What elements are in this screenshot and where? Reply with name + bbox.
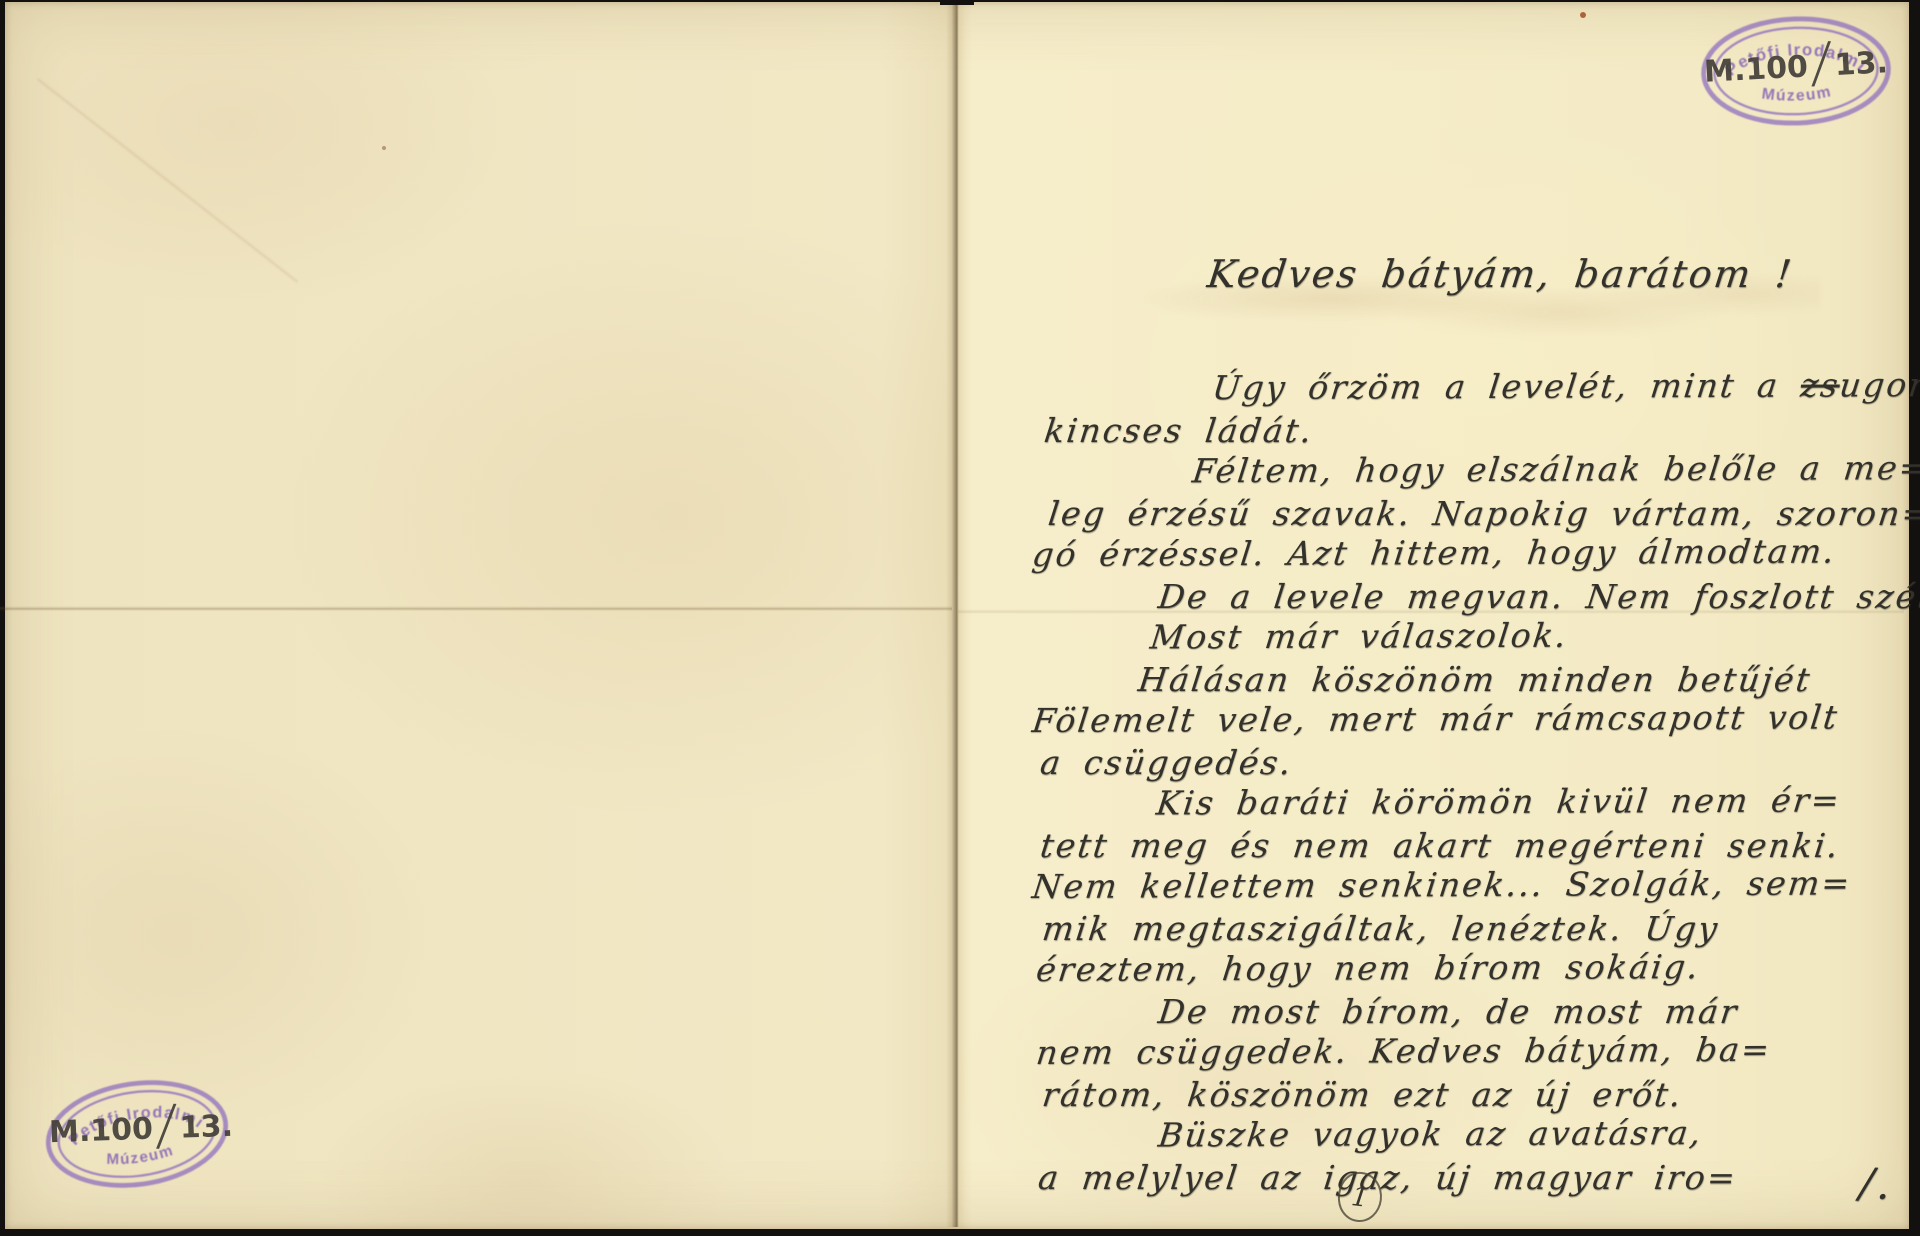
continuation-mark: /. — [1858, 1158, 1895, 1209]
letter-line: Fölemelt vele, mert már rámcsapott volt — [1030, 696, 1919, 741]
letter-line: Nem kellettem senkinek... Szolgák, sem= — [1030, 862, 1919, 907]
struck-text: zs — [1799, 365, 1842, 404]
letter-line: mik megtaszigáltak, lenéztek. Úgy — [1030, 908, 1919, 950]
letter-line: Hálásan köszönöm minden betűjét — [1030, 659, 1919, 701]
stamp-archive-number: M.100/13. — [45, 1109, 236, 1151]
horizontal-fold-crease — [0, 606, 952, 611]
rust-speck — [382, 146, 386, 150]
letter-line: éreztem, hogy nem bírom sokáig. — [1030, 945, 1919, 990]
page-number: 1 — [1350, 1181, 1371, 1214]
stamp-number-left: M.100 — [1703, 49, 1809, 89]
letter-line: De most bírom, de most már — [1030, 991, 1919, 1033]
letter-body: Úgy őrzöm a levelét, mint a zsugori a ki… — [1030, 368, 1914, 1198]
left-page-blank — [5, 2, 957, 1229]
letter-line: Úgy őrzöm a levelét, mint a zsugori a — [1030, 364, 1919, 409]
stamp-number-right: 13. — [179, 1109, 233, 1146]
stamp-number-slash: / — [157, 1125, 176, 1126]
letter-line: Kis baráti körömön kivül nem ér= — [1030, 779, 1919, 824]
letter-line: kincses ládát. — [1030, 410, 1919, 452]
letter-line: tett meg és nem akart megérteni senki. — [1030, 825, 1919, 867]
stamp-number-right: 13. — [1834, 45, 1889, 83]
letter-line: Most már válaszolok. — [1030, 613, 1919, 658]
museum-stamp-top-right: Petőfi Irodalmi Múzeum M.100/13. — [1697, 14, 1895, 128]
stamp-number-left: M.100 — [48, 1112, 153, 1151]
letter-line: a csüggedés. — [1030, 742, 1919, 784]
letter-line: gó érzéssel. Azt hittem, hogy álmodtam. — [1030, 530, 1919, 575]
letter-line: rátom, köszönöm ezt az új erőt. — [1030, 1074, 1919, 1116]
rust-speck — [1580, 12, 1586, 18]
letter-scan: Kedves bátyám, barátom ! Úgy őrzöm a lev… — [0, 0, 1920, 1236]
letter-line: Féltem, hogy elszálnak belőle a me= — [1030, 447, 1919, 492]
letter-salutation: Kedves bátyám, barátom ! — [1205, 252, 1796, 296]
museum-stamp-bottom-left: Petőfi Irodalmi Múzeum M.100/13. — [42, 1078, 232, 1194]
letter-line: leg érzésű szavak. Napokig vártam, szoro… — [1030, 493, 1919, 535]
letter-line: Büszke vagyok az avatásra, — [1030, 1111, 1919, 1156]
line-text: ugori a — [1837, 365, 1920, 405]
stamp-number-slash: / — [1812, 63, 1831, 64]
letter-line: a melylyel az igaz, új magyar iro= — [1030, 1157, 1919, 1199]
scan-edge-notch — [940, 0, 974, 5]
letter-line: De a levele megvan. Nem foszlott szét. — [1030, 576, 1919, 618]
line-text: Úgy őrzöm a levelét, mint a — [1210, 366, 1803, 408]
letter-line: nem csüggedek. Kedves bátyám, ba= — [1030, 1028, 1919, 1073]
